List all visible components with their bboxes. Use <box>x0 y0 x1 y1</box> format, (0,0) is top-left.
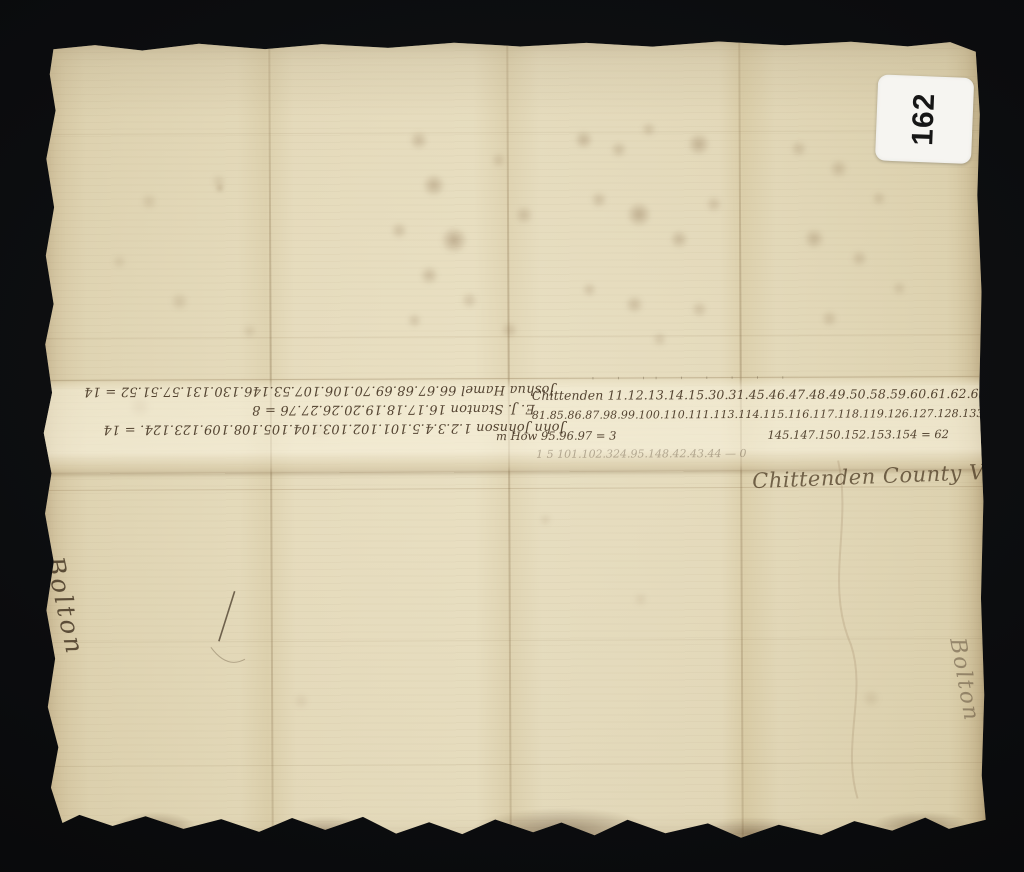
stain-spot <box>422 173 446 197</box>
stain-spot <box>216 184 224 192</box>
document-sheet: John Johnson 1.2.3.4.5.101.102.103.104.1… <box>38 34 987 844</box>
stain-spot <box>652 331 668 347</box>
stain-spot <box>624 294 644 314</box>
chittenden-line-2: 81.85.86.87.98.99.100.110.111.113.114.11… <box>532 404 977 426</box>
stain-spot <box>390 221 408 239</box>
horizontal-fold-line <box>40 334 985 339</box>
stain-spot <box>111 254 127 270</box>
cut-off-digit-tops: ' ' '' ' ' ' ' ' <box>592 376 794 387</box>
tally-line-joshua-hamel: Joshua Hamel 66.67.68.69.70.106.107.53.1… <box>105 380 555 401</box>
stain-spot <box>406 312 422 328</box>
stain-spot <box>829 159 849 179</box>
stain-spot <box>669 229 689 249</box>
stain-spot <box>491 152 507 168</box>
chittenden-line-3: m How 95.96.97 = 3 145.147.150.152.153.1… <box>496 424 977 446</box>
stain-spot <box>538 513 552 527</box>
town-name-right: Bolton <box>944 636 984 724</box>
stain-spot <box>419 265 439 285</box>
stain-spot <box>460 291 478 309</box>
archive-number-label: 162 <box>907 92 943 146</box>
stain-spot <box>211 173 227 189</box>
stain-spot <box>850 249 868 267</box>
photo-background: John Johnson 1.2.3.4.5.101.102.103.104.1… <box>0 0 1024 872</box>
town-name-left: Bolton <box>40 554 90 658</box>
water-stain <box>800 454 922 815</box>
chittenden-line-1: Chittenden 11.12.13.14.15.30.31.45.46.47… <box>532 384 977 406</box>
stain-spot <box>790 140 808 158</box>
stain-spot <box>590 191 608 209</box>
archive-number-sticker: 162 <box>875 74 974 164</box>
chittenden-tally-notes: ' ' '' ' ' ' ' ' Chittenden 11.12.13.14.… <box>532 384 977 464</box>
stain-spot <box>891 280 907 296</box>
how-tally: m How 95.96.97 = 3 <box>496 426 617 447</box>
tally-line-stanton: E. J. Stanton 16.17.18.19.20.26.27.76 = … <box>105 399 535 420</box>
stain-spot <box>514 205 534 225</box>
horizontal-fold-line <box>39 130 984 135</box>
stain-spot <box>820 310 838 328</box>
stain-spot <box>687 132 711 156</box>
stain-spot <box>169 291 189 311</box>
stain-spot <box>803 228 825 250</box>
stain-spot <box>581 282 597 298</box>
stain-spot <box>690 300 708 318</box>
stain-spot <box>610 140 628 158</box>
stain-spot <box>626 201 652 227</box>
stain-spot <box>292 692 310 710</box>
chittenden-line-3-continuation: 145.147.150.152.153.154 = 62 <box>767 424 949 445</box>
stain-spot <box>140 193 158 211</box>
pen-mark <box>191 589 251 699</box>
stain-spot <box>633 591 649 607</box>
stain-spot <box>705 195 723 213</box>
stain-spot <box>440 226 468 254</box>
stain-spot <box>641 121 657 137</box>
stain-spot <box>871 190 887 206</box>
ink-bleed-stains <box>38 34 983 38</box>
